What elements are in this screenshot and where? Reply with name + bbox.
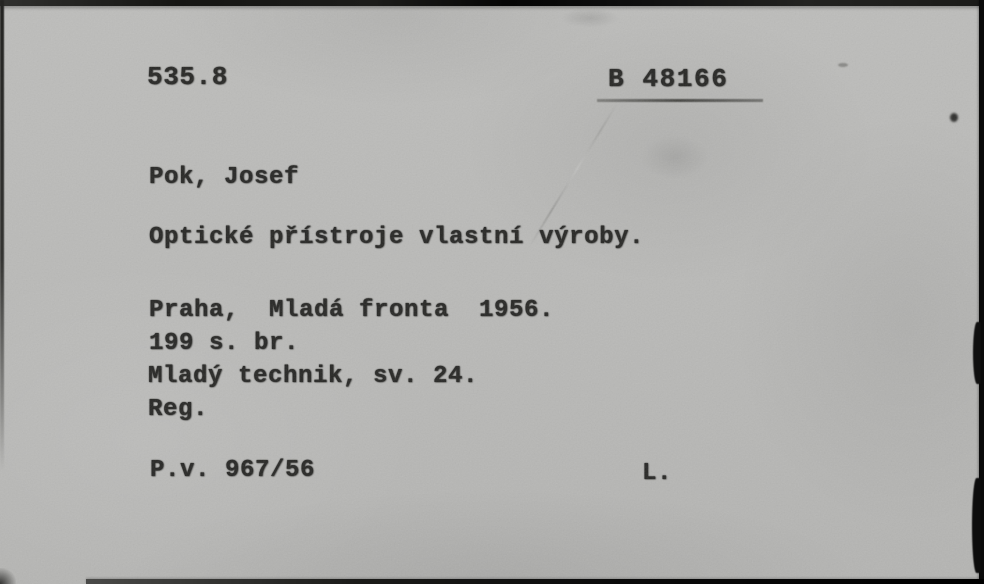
collation-line: 199 s. br.: [149, 331, 299, 357]
scan-edge-artifact: [972, 478, 981, 573]
paper-smudge: [560, 8, 620, 28]
paper-smudge: [640, 135, 710, 180]
accession-number: B 48166: [608, 65, 728, 94]
scan-edge-left: [0, 0, 4, 470]
ink-speck: [838, 63, 848, 67]
imprint-line: Praha, Mladá fronta 1956.: [149, 298, 554, 324]
classification-number: 535.8: [147, 63, 228, 92]
author-line: Pok, Josef: [149, 165, 299, 191]
accession-underline: [597, 99, 763, 102]
cataloguer-initial: L.: [642, 461, 672, 487]
scan-edge-bottom: [86, 579, 984, 584]
scan-edge-top: [0, 0, 984, 6]
title-line: Optické přístroje vlastní výroby.: [149, 225, 644, 251]
series-line: Mladý technik, sv. 24.: [148, 364, 478, 390]
scan-edge-artifact: [973, 322, 981, 384]
ink-speck: [950, 113, 958, 122]
catalog-card: 535.8 B 48166 Pok, Josef Optické přístro…: [0, 0, 984, 584]
record-number-line: P.v. 967/56: [150, 458, 315, 484]
scan-edge-corner: [0, 568, 16, 584]
note-line: Reg.: [148, 397, 208, 423]
